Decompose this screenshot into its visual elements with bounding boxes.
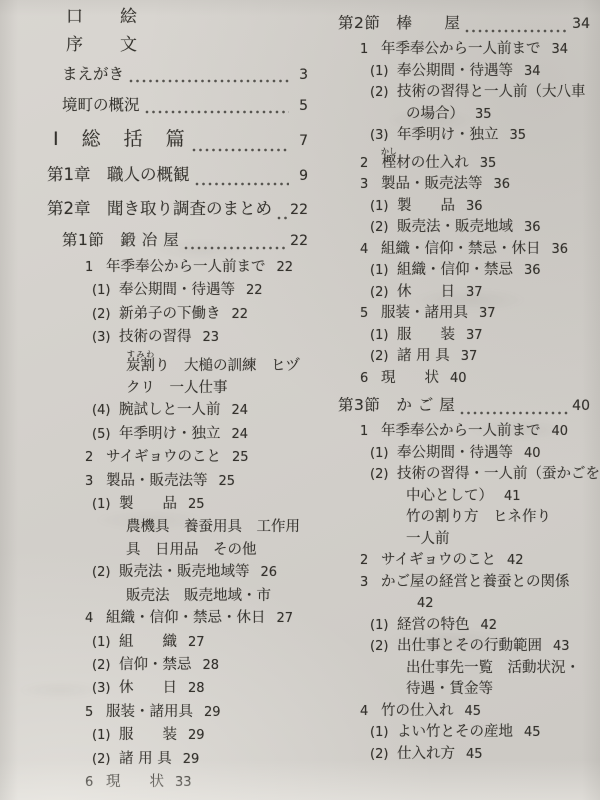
entry-number: (1) (370, 722, 397, 744)
toc-entry: (2)出仕事とその行動範囲43 (332, 636, 590, 658)
leader-dots (465, 24, 569, 34)
toc-entry: (2)技術の習得・一人前（蚕かごを (332, 464, 590, 486)
entry-text: 境町の概況 (62, 94, 140, 116)
toc-entry: (1)経営の特色42 (332, 615, 590, 637)
entry-text: 製品・販売法等 (381, 176, 483, 192)
entry-number: (1) (370, 196, 397, 218)
page-number: 29 (204, 705, 221, 720)
page-number: 24 (232, 427, 249, 442)
toc-entry: (1)よい竹とその産地45 (332, 722, 590, 744)
toc-entry: 販売法 販売地域・市 (42, 585, 308, 607)
toc-entry: 1年季奉公から一人前まで40 (332, 421, 590, 443)
entry-text: サイギョウのこと (381, 552, 496, 568)
page-number: 37 (466, 328, 483, 343)
toc-entry: 農機具 養蚕用具 工作用 (42, 516, 308, 538)
entry-text: 製 品 (119, 496, 177, 512)
leader-dots (192, 143, 289, 153)
entry-number: 5 (360, 303, 381, 325)
entry-text: 年季明け・独立 (119, 426, 221, 442)
page-number: 40 (572, 394, 590, 418)
entry-number: (2) (370, 464, 397, 486)
entry-number: (2) (92, 655, 119, 677)
page-number: 45 (466, 747, 483, 762)
toc-entry: Ⅰ 総 括 篇7 (42, 125, 308, 155)
entry-text: 奉公期間・待遇等 (119, 282, 235, 298)
page-number: 22 (232, 307, 249, 322)
page-number: 41 (504, 489, 521, 504)
entry-number: 5 (85, 702, 106, 724)
entry-text: 具 日用品 その他 (126, 542, 257, 558)
page-number: 23 (203, 330, 220, 345)
furigana-annotation: 炭割すみわ (126, 358, 155, 374)
entry-text: 技術の習得と一人前（大八車 (397, 84, 586, 100)
page-number: 9 (292, 163, 308, 189)
leader-dots (184, 241, 287, 251)
toc-entry: 4組織・信仰・禁忌・休日36 (332, 239, 590, 261)
toc-entry: (1)服 装29 (42, 724, 308, 747)
toc-entry: (2)販売法・販売地域等26 (42, 561, 308, 584)
entry-text: 第1章 職人の概観 (47, 162, 190, 188)
entry-text: Ⅰ 総 括 篇 (53, 125, 187, 153)
toc-entry: 1年季奉公から一人前まで22 (42, 256, 308, 279)
page-number: 36 (524, 220, 541, 235)
entry-text: 現 状 (106, 774, 164, 790)
toc-entry: (2)販売法・販売地域36 (332, 217, 590, 239)
entry-number: (1) (370, 260, 397, 282)
entry-number: (1) (92, 494, 119, 516)
toc-entry: 4組織・信仰・禁忌・休日27 (42, 607, 308, 630)
entry-text: 竹の割り方 ヒネ作り (406, 509, 551, 525)
leader-dots (145, 105, 289, 115)
entry-text: 組 織 (119, 634, 177, 650)
toc-entry: 第2節 棒 屋34 (332, 11, 590, 36)
entry-text: 竹の仕入れ (381, 703, 454, 719)
entry-number: (1) (370, 443, 397, 465)
entry-text: サイギョウのこと (106, 449, 221, 465)
toc-entry: 5服装・諸用具37 (332, 303, 590, 325)
toc-entry: 3製品・販売法等25 (42, 470, 308, 493)
entry-number: (5) (92, 424, 119, 446)
page-number: 42 (481, 618, 498, 633)
toc-entry: 具 日用品 その他 (42, 539, 308, 561)
page-number: 35 (480, 156, 497, 171)
entry-number: (1) (370, 61, 397, 83)
entry-text: 出仕事先一覧 活動状況・ (406, 660, 580, 676)
page-number: 45 (524, 725, 541, 740)
page-number: 43 (553, 639, 570, 654)
entry-number: 1 (360, 39, 381, 61)
entry-text: 出仕事とその行動範囲 (397, 638, 542, 654)
entry-text: 経営の特色 (397, 617, 470, 633)
entry-text: 服 装 (397, 327, 455, 343)
entry-number: (2) (92, 562, 119, 584)
page-number: 25 (219, 474, 236, 489)
entry-text: 仕入れ方 (397, 746, 455, 762)
page-number: 37 (466, 285, 483, 300)
toc-entry: 第1章 職人の概観9 (42, 162, 308, 189)
entry-number: (1) (370, 325, 397, 347)
toc-entry: (2)休 日37 (332, 282, 590, 304)
entry-text: 新弟子の下働き (119, 306, 221, 322)
entry-number: (1) (370, 615, 397, 637)
toc-entry: 待遇・賃金等 (332, 679, 590, 701)
toc-entry: まえがき3 (42, 63, 308, 86)
toc-entry: (1)奉公期間・待遇等22 (42, 279, 308, 302)
page-number: 42 (507, 553, 524, 568)
entry-text: 第2章 聞き取り調査のまとめ (47, 196, 272, 222)
entry-text: 第1節 鍛 冶 屋 (62, 228, 179, 252)
page-number: 7 (292, 127, 308, 155)
entry-number: (2) (370, 636, 397, 658)
entry-number: 4 (360, 239, 381, 261)
entry-number: 4 (360, 701, 381, 723)
leader-dots (460, 406, 569, 416)
entry-number: 6 (85, 772, 106, 794)
entry-text: 技術の習得・一人前（蚕かごを (397, 466, 600, 482)
entry-text: 年季奉公から一人前まで (106, 259, 266, 275)
toc-entry: 2樫かし材の仕入れ35 (332, 147, 590, 175)
entry-number: (3) (92, 678, 119, 700)
page-number: 37 (461, 349, 478, 364)
page-number: 22 (277, 260, 294, 275)
toc-entry: (2)技術の習得と一人前（大八車 (332, 82, 590, 104)
page-number: 3 (292, 64, 308, 86)
page-number: 24 (232, 403, 249, 418)
toc-entry: クリ 一人仕事 (42, 377, 308, 399)
page-number: 35 (475, 107, 492, 122)
toc-entry: (2)仕入れ方45 (332, 744, 590, 766)
page-number: 40 (450, 371, 467, 386)
entry-text: 製 品 (397, 198, 455, 214)
leader-dots (277, 211, 287, 221)
entry-text: 服 装 (119, 727, 177, 743)
entry-text: 奉公期間・待遇等 (397, 63, 513, 79)
toc-entry: (1)製 品36 (332, 196, 590, 218)
entry-number: 1 (85, 257, 106, 279)
toc-entry: 5服装・諸用具29 (42, 701, 308, 724)
entry-text: まえがき (62, 63, 124, 85)
entry-text: 諸 用 具 (119, 751, 172, 767)
entry-number: (2) (370, 282, 397, 304)
toc-entry: 2サイギョウのこと42 (332, 550, 590, 572)
toc-entry: 6現 状33 (42, 771, 308, 794)
entry-text: 序 文 (66, 35, 138, 55)
page-number: 36 (524, 263, 541, 278)
page-number: 34 (572, 12, 590, 36)
toc-entry: 境町の概況5 (42, 94, 308, 117)
page-number: 36 (552, 242, 569, 257)
toc-entry: (4)腕試しと一人前24 (42, 399, 308, 422)
entry-text: 第2節 棒 屋 (338, 11, 460, 35)
toc-entry: (1)奉公期間・待遇等40 (332, 443, 590, 465)
page-number: 34 (524, 64, 541, 79)
entry-number: 2 (360, 153, 381, 175)
page-number: 37 (479, 306, 496, 321)
entry-number: (3) (92, 327, 119, 349)
book-page: 口 絵序 文まえがき3境町の概況5Ⅰ 総 括 篇7第1章 職人の概観9第2章 聞… (0, 0, 600, 800)
toc-entry: (1)組織・信仰・禁忌36 (332, 260, 590, 282)
toc-entry: の場合）35 (332, 104, 590, 126)
toc-column-right: 第2節 棒 屋341年季奉公から一人前まで34(1)奉公期間・待遇等34(2)技… (332, 0, 590, 765)
toc-entry: (3)技術の習得23 (42, 326, 308, 349)
page-number: 27 (188, 635, 205, 650)
entry-text: よい竹とその産地 (397, 724, 513, 740)
toc-entry: 一人前 (332, 529, 590, 551)
toc-entry: 第3節 か ご 屋40 (332, 393, 590, 418)
entry-text: 奉公期間・待遇等 (397, 445, 513, 461)
page-number: 36 (466, 199, 483, 214)
page-number: 29 (188, 728, 205, 743)
toc-entry: (2)諸 用 具29 (42, 748, 308, 771)
entry-text: 服装・諸用具 (106, 704, 193, 720)
entry-text: 年季奉公から一人前まで (381, 423, 541, 439)
entry-text: 販売法・販売地域 (397, 219, 513, 235)
entry-number: (2) (370, 82, 397, 104)
entry-number: 2 (85, 447, 106, 469)
page-number: 22 (290, 197, 308, 223)
page-number: 40 (552, 424, 569, 439)
toc-entry: (1)奉公期間・待遇等34 (332, 61, 590, 83)
entry-text: 農機具 養蚕用具 工作用 (126, 519, 300, 535)
entry-number: (1) (92, 632, 119, 654)
entry-text: 中心として） (406, 488, 493, 504)
toc-entry: (3)休 日28 (42, 677, 308, 700)
entry-text: 年季明け・独立 (397, 127, 499, 143)
entry-number: 3 (360, 572, 381, 594)
furigana-annotation: 樫かし (381, 155, 396, 171)
page-number: 25 (232, 450, 249, 465)
toc-entry: 出仕事先一覧 活動状況・ (332, 658, 590, 680)
toc-entry: 2サイギョウのこと25 (42, 446, 308, 469)
toc-entry: (2)信仰・禁忌28 (42, 654, 308, 677)
page-number: 36 (494, 177, 511, 192)
entry-number: 3 (85, 471, 106, 493)
toc-entry: 3製品・販売法等36 (332, 174, 590, 196)
leader-dots (195, 177, 290, 187)
page-number: 29 (183, 752, 200, 767)
entry-text: 服装・諸用具 (381, 305, 468, 321)
entry-text: 技術の習得 (119, 329, 192, 345)
toc-entry: 6現 状40 (332, 368, 590, 390)
toc-entry: 炭割すみわり 大槌の訓練 ヒヅ (42, 350, 308, 377)
toc-entry: (1)製 品25 (42, 493, 308, 516)
entry-number: (2) (92, 749, 119, 771)
entry-number: (1) (92, 725, 119, 747)
page-number: 27 (277, 611, 294, 626)
page-number: 28 (188, 681, 205, 696)
entry-number: (4) (92, 400, 119, 422)
toc-entry: 42 (332, 593, 590, 615)
toc-column-left: 口 絵序 文まえがき3境町の概況5Ⅰ 総 括 篇7第1章 職人の概観9第2章 聞… (42, 0, 308, 794)
entry-text: 休 日 (119, 680, 177, 696)
entry-text: 休 日 (397, 284, 455, 300)
toc-entry: 第2章 聞き取り調査のまとめ22 (42, 196, 308, 223)
toc-entry: 1年季奉公から一人前まで34 (332, 39, 590, 61)
entry-text: 年季奉公から一人前まで (381, 41, 541, 57)
entry-text: 待遇・賃金等 (406, 681, 493, 697)
entry-text: クリ 一人仕事 (126, 380, 228, 396)
entry-text: かご屋の経営と養蚕との関係 (381, 574, 570, 590)
entry-text: 腕試しと一人前 (119, 402, 221, 418)
page-number: 45 (465, 704, 482, 719)
entry-text: 口 絵 (66, 7, 138, 27)
toc-entry: (1)服 装37 (332, 325, 590, 347)
page-number: 42 (417, 596, 434, 611)
entry-number: 3 (360, 174, 381, 196)
entry-text: 現 状 (381, 370, 439, 386)
entry-text: 一人前 (406, 531, 450, 547)
entry-number: 2 (360, 550, 381, 572)
toc-entry: (2)新弟子の下働き22 (42, 303, 308, 326)
entry-text: 販売法 販売地域・市 (126, 588, 271, 604)
page-number: 5 (292, 95, 308, 117)
page-number: 35 (510, 128, 527, 143)
entry-number: (2) (370, 346, 397, 368)
entry-text: 組織・信仰・禁忌・休日 (106, 610, 266, 626)
entry-number: (1) (92, 280, 119, 302)
page-number: 28 (203, 658, 220, 673)
entry-text: の場合） (406, 106, 464, 122)
entry-text: 材の仕入れ (396, 155, 469, 171)
entry-text: 第3節 か ご 屋 (338, 393, 455, 417)
page-number: 34 (552, 42, 569, 57)
toc-entry: (5)年季明け・独立24 (42, 423, 308, 446)
toc-entry: (2)諸 用 具37 (332, 346, 590, 368)
leader-dots (129, 74, 289, 84)
entry-text: 販売法・販売地域等 (119, 564, 250, 580)
entry-number: 6 (360, 368, 381, 390)
toc-entry: 3かご屋の経営と養蚕との関係 (332, 572, 590, 594)
entry-text: 製品・販売法等 (106, 473, 208, 489)
entry-text: り 大槌の訓練 ヒヅ (155, 358, 300, 374)
page-number: 33 (175, 775, 192, 790)
toc-entry: 竹の割り方 ヒネ作り (332, 507, 590, 529)
toc-entry: 中心として）41 (332, 486, 590, 508)
toc-entry: (3)年季明け・独立35 (332, 125, 590, 147)
page-number: 25 (188, 497, 205, 512)
toc-entry: 4竹の仕入れ45 (332, 701, 590, 723)
entry-text: 信仰・禁忌 (119, 657, 192, 673)
page-number: 40 (524, 446, 541, 461)
entry-text: 諸 用 具 (397, 348, 450, 364)
entry-number: (3) (370, 125, 397, 147)
entry-number: 1 (360, 421, 381, 443)
entry-number: (2) (370, 217, 397, 239)
entry-number: 4 (85, 608, 106, 630)
toc-entry: (1)組 織27 (42, 631, 308, 654)
entry-number: (2) (370, 744, 397, 766)
page-number: 22 (246, 283, 263, 298)
entry-text: 組織・信仰・禁忌・休日 (381, 241, 541, 257)
entry-text: 組織・信仰・禁忌 (397, 262, 513, 278)
toc-entry: 口 絵 (42, 5, 308, 29)
entry-number: (2) (92, 304, 119, 326)
toc-entry: 第1節 鍛 冶 屋22 (42, 228, 308, 253)
toc-entry: 序 文 (42, 33, 308, 57)
page-number: 22 (290, 229, 308, 253)
page-number: 26 (261, 565, 278, 580)
